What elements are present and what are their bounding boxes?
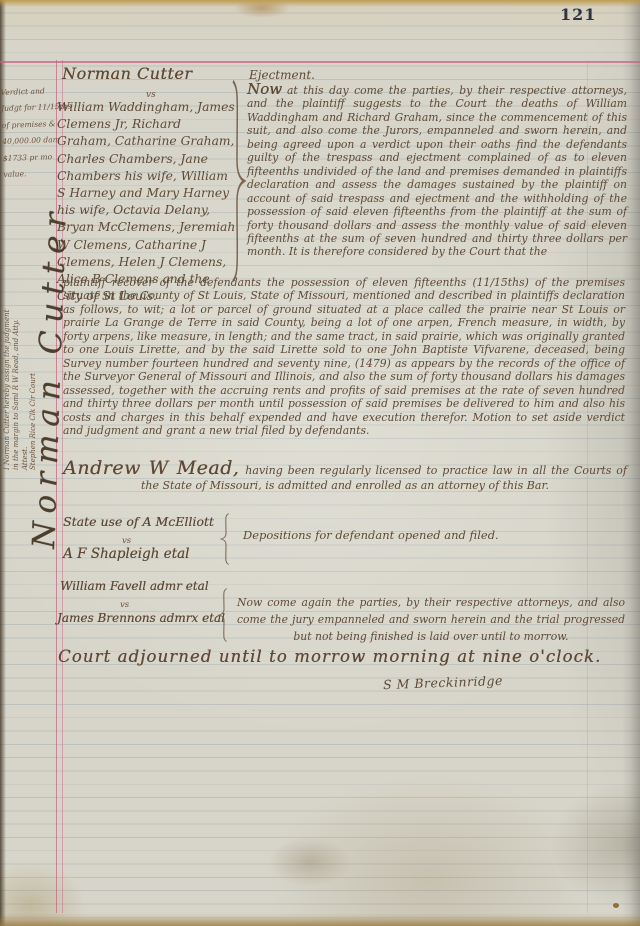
case2-docket-entry: Depositions for defendant opened and fil… (243, 528, 499, 542)
judge-signature: S M Breckinridge (383, 673, 503, 692)
ink-spot (613, 903, 619, 908)
assignment-line: Attest. (21, 208, 30, 470)
case3-vs-label: vs (120, 600, 129, 610)
case1-plaintiff-name: Norman Cutter (62, 64, 192, 83)
page-number: 121 (560, 5, 596, 24)
brace-icon (217, 588, 231, 642)
assignment-line: I Norman Cutter hereby assign the judgme… (3, 208, 12, 470)
margin-note-line: value. (3, 165, 60, 183)
case3-defendant-name: James Brennons admrx etal (57, 611, 225, 625)
attorney-name: Andrew W Mead, (63, 457, 239, 479)
case3-plaintiff-name: William Favell admr etal (60, 579, 209, 593)
page-edge-bottom (0, 913, 640, 926)
margin-note-line: $1733 pr mo (3, 149, 60, 167)
margin-verdict-note: Verdict and Judgt for 11/15ths of premis… (0, 83, 59, 183)
case1-body-right-text: at this day come the parties, by their r… (247, 84, 627, 258)
margin-note-line: of premises & (1, 116, 58, 134)
ledger-page: 121 Verdict and Judgt for 11/15ths of pr… (0, 0, 640, 926)
assignment-line: in the margin to Saml R W Read, and Atty… (12, 208, 21, 470)
page-edge-top (0, 0, 640, 7)
attorney-admission-entry: Andrew W Mead,having been regularly lice… (63, 461, 627, 493)
brace-icon (219, 513, 233, 565)
case2-plaintiff-name: State use of A McElliott (63, 514, 214, 529)
case1-defendants-list: William Waddingham, James Clemens Jr, Ri… (57, 99, 238, 305)
case2-vs-label: vs (122, 536, 131, 546)
adjournment-line: Court adjourned until to morrow morning … (58, 647, 601, 666)
case1-judgment-text-upper: Nowat this day come the parties, by thei… (247, 83, 627, 259)
margin-note-line: Judgt for 11/15ths (1, 99, 58, 117)
case3-docket-entry: Now come again the parties, by their res… (237, 595, 625, 645)
opening-word: Now (247, 80, 282, 98)
case1-judgment-text-lower: plaintiff recover of the defendants the … (63, 276, 625, 437)
brace-icon (227, 79, 247, 283)
case2-defendant-name: A F Shapleigh etal (63, 546, 189, 562)
margin-note-line: 40,000.00 dam (2, 132, 59, 150)
red-header-rule (0, 61, 640, 63)
margin-note-line: Verdict and (0, 83, 57, 101)
